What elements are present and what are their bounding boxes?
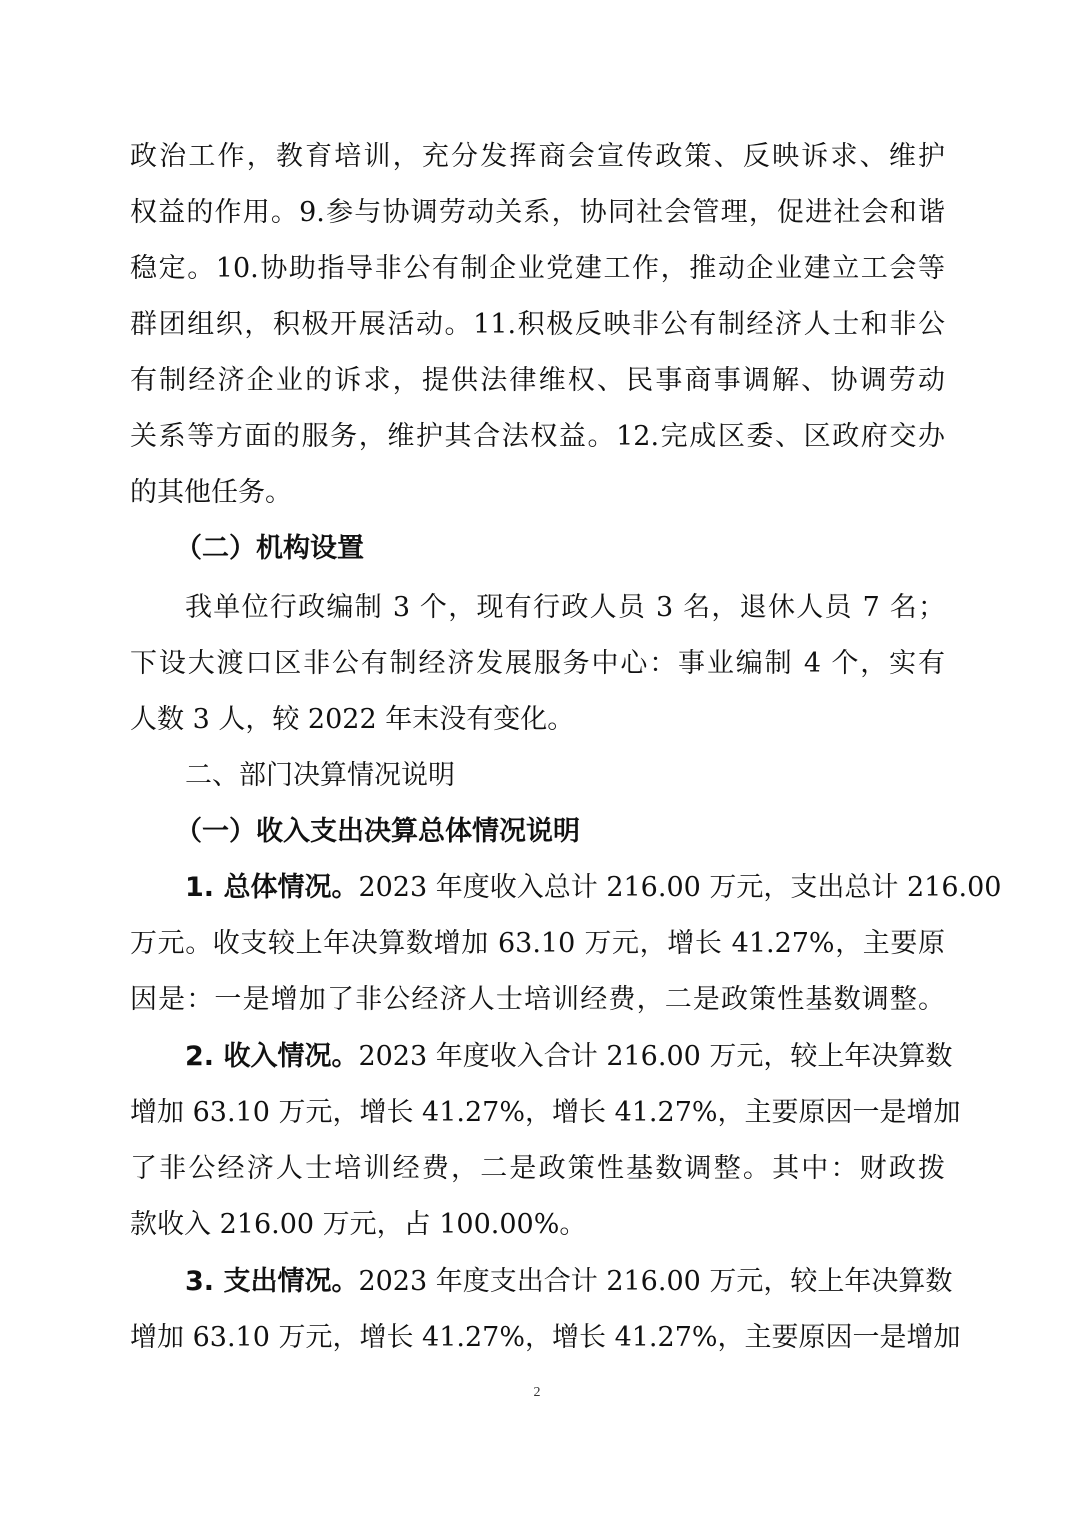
label-income: 2. 收入情况。 — [185, 1041, 358, 1072]
body-line: 群团组织，积极开展活动。11.积极反映非公有制经济人士和非公 — [130, 297, 945, 353]
body-line: 人数 3 人，较 2022 年末没有变化。 — [130, 692, 945, 748]
body-line: 增加 63.10 万元，增长 41.27%，增长 41.27%，主要原因一是增加 — [130, 1085, 945, 1141]
body-line: 稳定。10.协助指导非公有制企业党建工作，推动企业建立工会等 — [130, 241, 945, 297]
body-line: 下设大渡口区非公有制经济发展服务中心：事业编制 4 个，实有 — [130, 636, 945, 692]
body-line: 款收入 216.00 万元，占 100.00%。 — [130, 1197, 945, 1253]
body-line: 我单位行政编制 3 个，现有行政人员 3 名，退休人员 7 名； — [185, 580, 945, 636]
subsection-heading-income-expense: （一）收入支出决算总体情况说明 — [175, 804, 935, 860]
section-heading-dept-accounts: 二、部门决算情况说明 — [185, 748, 945, 804]
body-line: 权益的作用。9.参与协调劳动关系，协同社会管理，促进社会和谐 — [130, 185, 945, 241]
section-heading-org-setup: （二）机构设置 — [175, 521, 935, 577]
body-line: 的其他任务。 — [130, 465, 945, 521]
label-expense: 3. 支出情况。 — [185, 1266, 358, 1297]
body-line: 增加 63.10 万元，增长 41.27%，增长 41.27%，主要原因一是增加 — [130, 1310, 945, 1366]
body-line: 有制经济企业的诉求，提供法律维权、民事商事调解、协调劳动 — [130, 353, 945, 409]
body-line: 政治工作，教育培训，充分发挥商会宣传政策、反映诉求、维护 — [130, 129, 945, 185]
label-overall: 1. 总体情况。 — [185, 872, 358, 903]
page-number: 2 — [0, 1385, 1074, 1401]
body-line: 了非公经济人士培训经费，二是政策性基数调整。其中：财政拨 — [130, 1141, 945, 1197]
document-page: 政治工作，教育培训，充分发挥商会宣传政策、反映诉求、维护 权益的作用。9.参与协… — [0, 0, 1074, 1520]
body-line: 万元。收支较上年决算数增加 63.10 万元，增长 41.27%，主要原 — [130, 916, 945, 972]
paragraph-overall-first-line: 1. 总体情况。2023 年度收入总计 216.00 万元，支出总计 216.0… — [185, 860, 945, 916]
paragraph-expense-first-line: 3. 支出情况。2023 年度支出合计 216.00 万元，较上年决算数 — [185, 1254, 945, 1310]
body-line: 关系等方面的服务，维护其合法权益。12.完成区委、区政府交办 — [130, 409, 945, 465]
body-line: 因是：一是增加了非公经济人士培训经费，二是政策性基数调整。 — [130, 972, 945, 1028]
paragraph-income-first-line: 2. 收入情况。2023 年度收入合计 216.00 万元，较上年决算数 — [185, 1029, 945, 1085]
